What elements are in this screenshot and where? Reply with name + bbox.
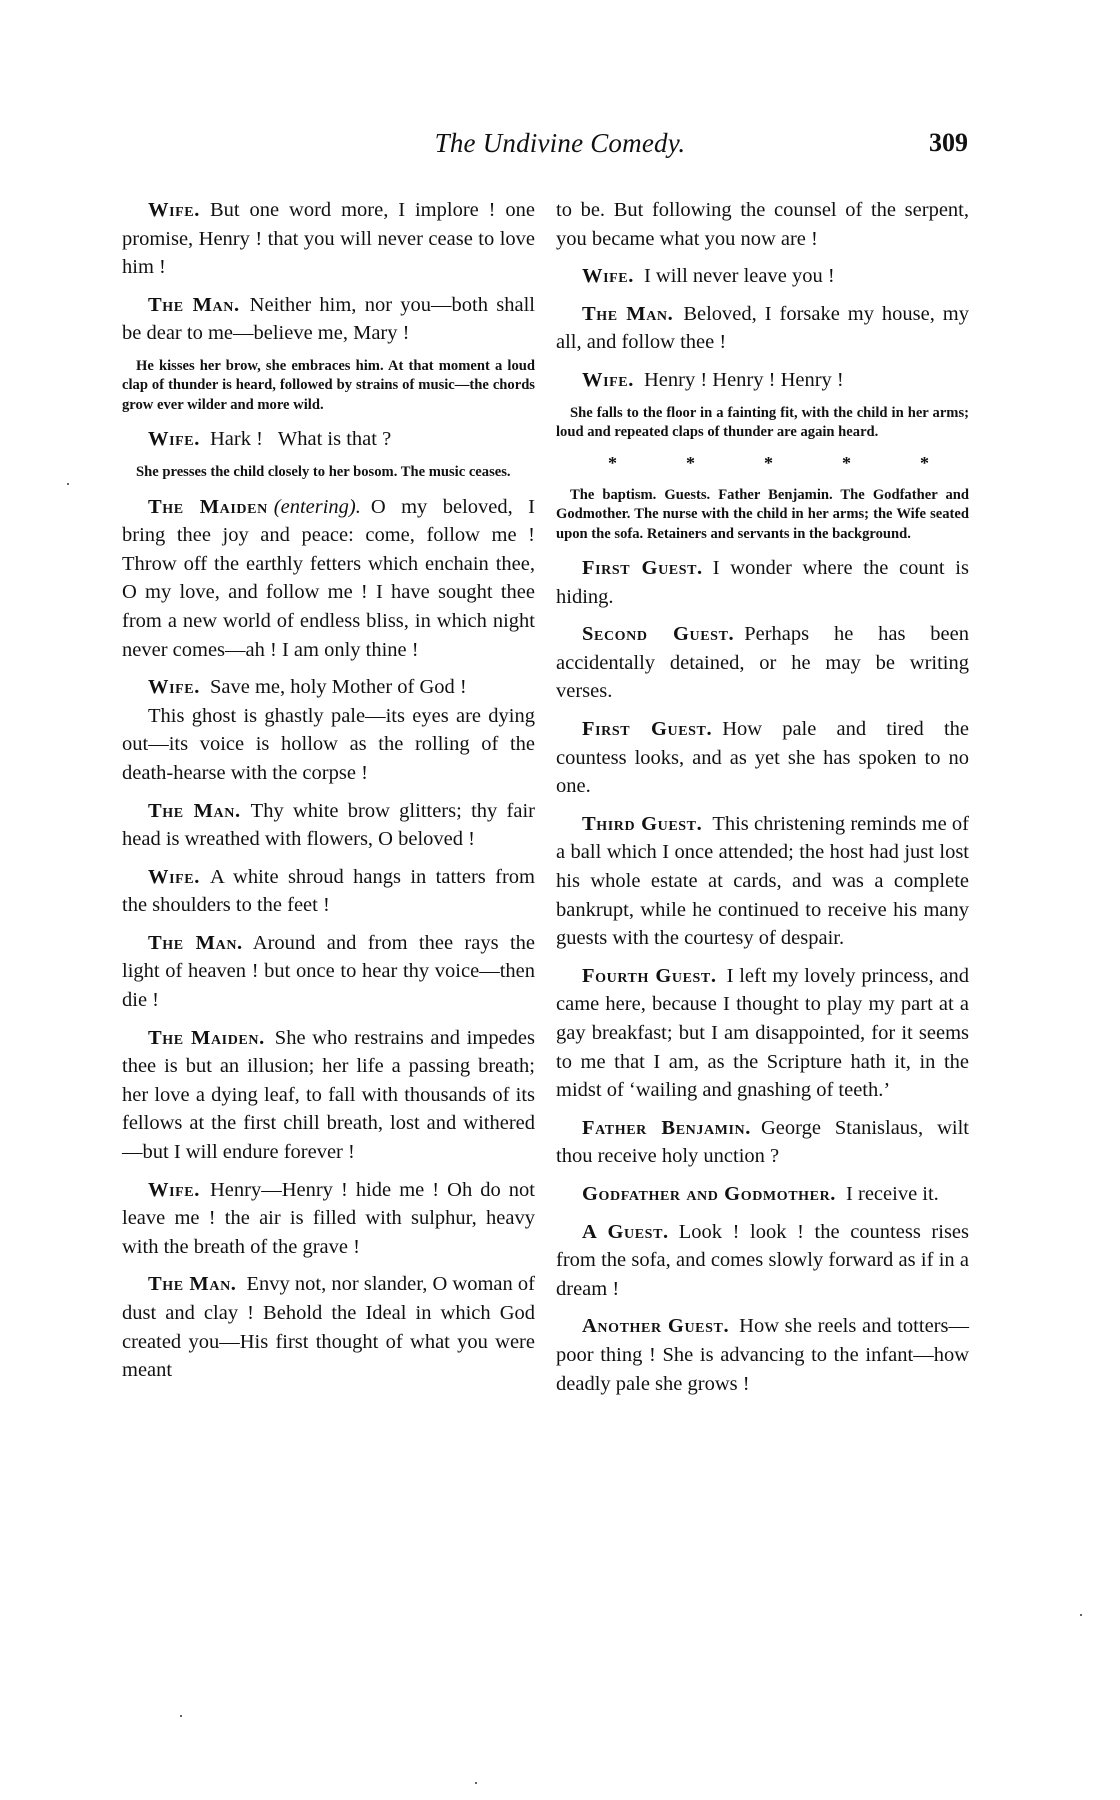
dialogue-maiden-2: The Maiden.She who restrains and impedes…: [122, 1024, 535, 1167]
stage-direction: She presses the child closely to her bos…: [122, 463, 535, 483]
stage-direction: He kisses her brow, she embraces him. At…: [122, 357, 535, 416]
speaker-name: The Maiden: [148, 496, 268, 518]
asterisk: *: [920, 453, 929, 474]
dialogue-text: O my beloved, I bring thee joy and peace…: [122, 496, 535, 661]
asterisk: *: [842, 453, 851, 474]
dialogue-fourth-guest: Fourth Guest.I left my lovely princess, …: [556, 962, 969, 1105]
speaker-name: Another Guest.: [582, 1315, 729, 1337]
dialogue-maiden-1: The Maiden(entering).O my beloved, I bri…: [122, 493, 535, 665]
book-page: The Undivine Comedy. 309 Wife.But one wo…: [0, 0, 1120, 1800]
stage-direction-scene: The baptism. Guests. Father Benjamin. Th…: [556, 486, 969, 545]
speaker-name: Godfather and Godmother.: [582, 1183, 836, 1205]
dialogue-wife-3-cont: This ghost is ghastly pale—its eyes are …: [122, 702, 535, 788]
dialogue-third-guest: Third Guest.This christening reminds me …: [556, 810, 969, 953]
speaker-name: The Maiden.: [148, 1027, 265, 1049]
right-column: to be. But following the counsel of the …: [556, 196, 969, 1407]
dialogue-wife-3: Wife.Save me, holy Mother of God !: [122, 673, 535, 702]
dialogue-text: Henry ! Henry ! Henry !: [644, 369, 844, 391]
stage-cue: (entering).: [274, 496, 361, 518]
dialogue-man-3: The Man.Around and from thee rays the li…: [122, 929, 535, 1015]
dialogue-man-4-cont: to be. But following the counsel of the …: [556, 196, 969, 253]
speaker-name: Wife.: [148, 866, 200, 888]
speaker-name: Fourth Guest.: [582, 965, 717, 987]
speaker-name: Wife.: [148, 428, 200, 450]
speaker-name: The Man.: [148, 932, 243, 954]
scan-speck: [1080, 1614, 1082, 1616]
dialogue-text: I receive it.: [846, 1183, 939, 1205]
left-column: Wife.But one word more, I implore ! one …: [122, 196, 535, 1394]
dialogue-father-benjamin: Father Benjamin.George Stanislaus, wilt …: [556, 1114, 969, 1171]
running-head: The Undivine Comedy. 309: [122, 128, 968, 164]
dialogue-wife-6: Wife.I will never leave you !: [556, 262, 969, 291]
dialogue-a-guest: A Guest.Look ! look ! the countess rises…: [556, 1218, 969, 1304]
speaker-name: Wife.: [582, 369, 634, 391]
asterisk: *: [686, 453, 695, 474]
running-title: The Undivine Comedy.: [122, 128, 968, 159]
dialogue-man-2: The Man.Thy white brow glitters; thy fai…: [122, 797, 535, 854]
speaker-name: A Guest.: [582, 1221, 669, 1243]
dialogue-first-guest-2: First Guest.How pale and tired the count…: [556, 715, 969, 801]
scan-speck: [475, 1782, 477, 1784]
speaker-name: Wife.: [148, 1179, 200, 1201]
dialogue-text: Save me, holy Mother of God !: [210, 676, 467, 698]
asterisk: *: [764, 453, 773, 474]
speaker-name: Wife.: [582, 265, 634, 287]
dialogue-text: I will never leave you !: [644, 265, 835, 287]
speaker-name: Wife.: [148, 676, 200, 698]
asterisk: *: [608, 453, 617, 474]
speaker-name: First Guest.: [582, 557, 703, 579]
speaker-name: Wife.: [148, 199, 200, 221]
speaker-name: Father Benjamin.: [582, 1117, 751, 1139]
speaker-name: The Man.: [148, 800, 241, 822]
dialogue-godparents: Godfather and Godmother.I receive it.: [556, 1180, 969, 1209]
page-number: 309: [929, 128, 968, 158]
dialogue-man-1: The Man.Neither him, nor you—both shall …: [122, 291, 535, 348]
dialogue-wife-7: Wife.Henry ! Henry ! Henry !: [556, 366, 969, 395]
speaker-name: The Man.: [148, 1273, 237, 1295]
dialogue-another-guest: Another Guest.How she reels and totters—…: [556, 1312, 969, 1398]
speaker-name: Third Guest.: [582, 813, 702, 835]
scan-speck: [67, 483, 69, 485]
dialogue-text: Hark ! What is that ?: [210, 428, 391, 450]
speaker-name: The Man.: [582, 303, 673, 325]
dialogue-wife-4: Wife.A white shroud hangs in tatters fro…: [122, 863, 535, 920]
speaker-name: Second Guest.: [582, 623, 734, 645]
section-break: * * * * *: [556, 453, 969, 474]
dialogue-man-4: The Man.Envy not, nor slander, O woman o…: [122, 1270, 535, 1384]
dialogue-wife-5: Wife.Henry—Henry ! hide me ! Oh do not l…: [122, 1176, 535, 1262]
dialogue-wife-1: Wife.But one word more, I implore ! one …: [122, 196, 535, 282]
speaker-name: First Guest.: [582, 718, 712, 740]
speaker-name: The Man.: [148, 294, 240, 316]
dialogue-first-guest-1: First Guest.I wonder where the count is …: [556, 554, 969, 611]
stage-direction: She falls to the floor in a fainting fit…: [556, 404, 969, 443]
dialogue-wife-2: Wife.Hark ! What is that ?: [122, 425, 535, 454]
dialogue-second-guest: Second Guest.Perhaps he has been acciden…: [556, 620, 969, 706]
scan-speck: [180, 1715, 182, 1717]
dialogue-man-5: The Man.Beloved, I forsake my house, my …: [556, 300, 969, 357]
